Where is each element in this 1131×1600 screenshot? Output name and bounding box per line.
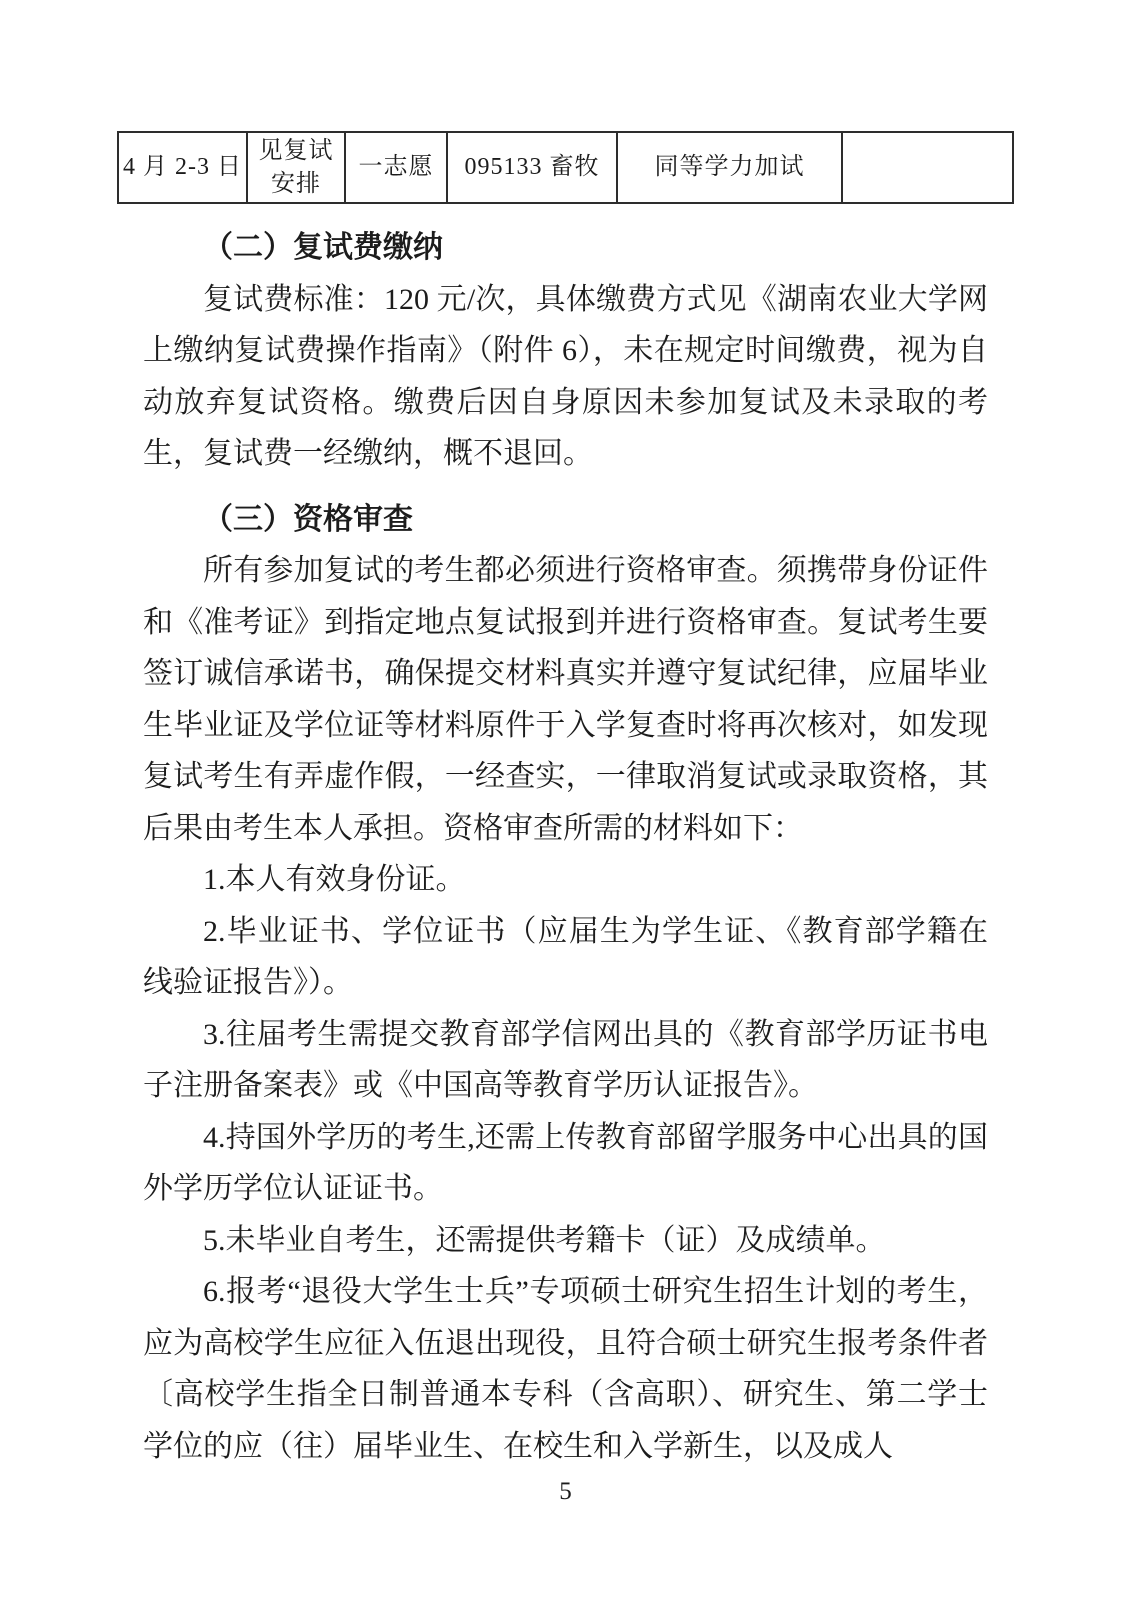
schedule-table: 4 月 2-3 日 见复试安排 一志愿 095133 畜牧 同等学力加试	[117, 131, 1014, 204]
section-heading-fee: （二）复试费缴纳	[143, 222, 988, 274]
cell-major-code: 095133 畜牧	[447, 132, 617, 203]
section-heading-qualification: （三）资格审查	[143, 494, 988, 546]
cell-schedule-note: 见复试安排	[247, 132, 345, 203]
material-item-5: 5.未毕业自考生，还需提供考籍卡（证）及成绩单。	[143, 1215, 988, 1267]
material-item-2: 2.毕业证书、学位证书（应届生为学生证、《教育部学籍在线验证报告》）。	[143, 906, 988, 1009]
cell-empty	[842, 132, 1013, 203]
material-item-3: 3.往届考生需提交教育部学信网出具的《教育部学历证书电子注册备案表》或《中国高等…	[143, 1009, 988, 1112]
material-item-1: 1.本人有效身份证。	[143, 854, 988, 906]
material-item-6: 6.报考“退役大学生士兵”专项硕士研究生招生计划的考生，应为高校学生应征入伍退出…	[143, 1266, 988, 1472]
cell-exam-date: 4 月 2-3 日	[118, 132, 247, 203]
document-page: 4 月 2-3 日 见复试安排 一志愿 095133 畜牧 同等学力加试 （二）…	[0, 0, 1131, 1600]
table-row: 4 月 2-3 日 见复试安排 一志愿 095133 畜牧 同等学力加试	[118, 132, 1013, 203]
cell-extra-exam: 同等学力加试	[617, 132, 842, 203]
material-item-4: 4.持国外学历的考生,还需上传教育部留学服务中心出具的国外学历学位认证证书。	[143, 1112, 988, 1215]
fee-paragraph: 复试费标准：120 元/次，具体缴费方式见《湖南农业大学网上缴纳复试费操作指南》…	[143, 274, 988, 480]
qualification-paragraph: 所有参加复试的考生都必须进行资格审查。须携带身份证件和《准考证》到指定地点复试报…	[143, 545, 988, 854]
cell-volunteer-type: 一志愿	[345, 132, 447, 203]
page-number: 5	[0, 1478, 1131, 1506]
document-body: （二）复试费缴纳 复试费标准：120 元/次，具体缴费方式见《湖南农业大学网上缴…	[143, 212, 988, 1472]
